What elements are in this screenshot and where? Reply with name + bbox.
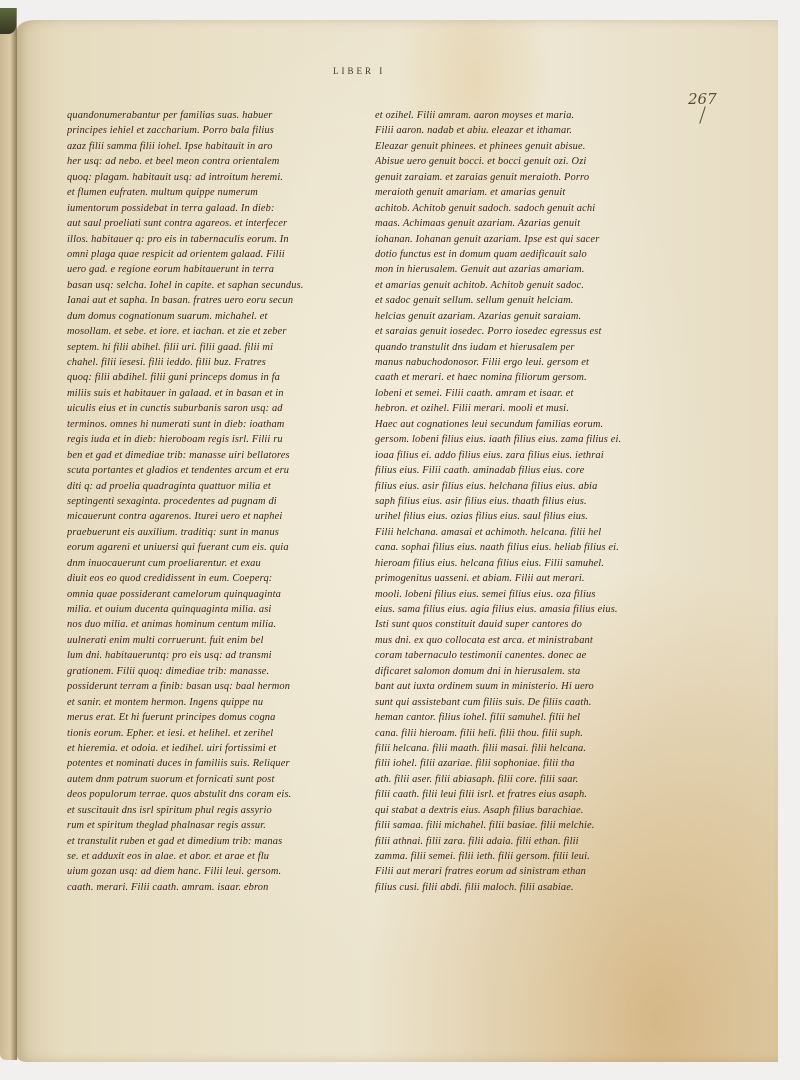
text-line: uiculis eius et in cunctis suburbanis sa… bbox=[67, 401, 367, 416]
text-line: et ozihel. Filii amram. aaron moyses et … bbox=[375, 108, 685, 123]
text-line: septingenti sexaginta. procedentes ad pu… bbox=[67, 494, 367, 509]
text-line: Filii aut merari fratres eorum ad sinist… bbox=[375, 864, 685, 879]
text-line: maas. Achimaas genuit azariam. Azarias g… bbox=[375, 216, 685, 231]
text-line: manus nabuchodonosor. Filii ergo leui. g… bbox=[375, 355, 685, 370]
text-line: ben et gad et dimediae trib: manasse uir… bbox=[67, 448, 367, 463]
text-line: dificaret salomon domum dni in hierusale… bbox=[375, 664, 685, 679]
text-line: diti q: ad proelia quadraginta quattuor … bbox=[67, 479, 367, 494]
text-line: principes iehiel et zaccharium. Porro ba… bbox=[67, 123, 367, 138]
text-line: filii caath. filii leui filii isrl. et f… bbox=[375, 787, 685, 802]
text-line: heman cantor. filius iohel. filii samuhe… bbox=[375, 710, 685, 725]
text-line: se. et adduxit eos in alae. et abor. et … bbox=[67, 849, 367, 864]
text-line: nos duo milia. et animas hominum centum … bbox=[67, 617, 367, 632]
text-line: urihel filius eius. ozias filius eius. s… bbox=[375, 509, 685, 524]
text-line: micauerunt contra agarenos. Iturei uero … bbox=[67, 509, 367, 524]
text-line: sunt qui assistebant cum filiis suis. De… bbox=[375, 695, 685, 710]
text-line: helcias genuit azariam. Azarias genuit s… bbox=[375, 309, 685, 324]
text-line: aut saul proeliati sunt contra agareos. … bbox=[67, 216, 367, 231]
text-line: azaz filii samma filii iohel. Ipse habit… bbox=[67, 139, 367, 154]
text-line: quando transtulit dns iudam et hierusale… bbox=[375, 340, 685, 355]
text-line: filii athnai. filii zara. filii adaia. f… bbox=[375, 834, 685, 849]
text-line: filii iohel. filii azariae. filii sophon… bbox=[375, 756, 685, 771]
binding-thread bbox=[0, 8, 16, 34]
text-line: dum domus cognationum suarum. michahel. … bbox=[67, 309, 367, 324]
text-line: filii samaa. filii michahel. filii basia… bbox=[375, 818, 685, 833]
text-line: eorum agareni et uniuersi qui fuerant cu… bbox=[67, 540, 367, 555]
text-line: et sadoc genuit sellum. sellum genuit he… bbox=[375, 293, 685, 308]
text-line: diuit eos eo quod credidissent in eum. C… bbox=[67, 571, 367, 586]
previous-page-edge bbox=[0, 8, 17, 1060]
text-line: et suscitauit dns isrl spiritum phul reg… bbox=[67, 803, 367, 818]
text-line: mosollam. et sebe. et iore. et iachan. e… bbox=[67, 324, 367, 339]
text-line: grationem. Filii quoq: dimediae trib: ma… bbox=[67, 664, 367, 679]
text-line: uero gad. e regione eorum habitauerunt i… bbox=[67, 262, 367, 277]
text-line: mus dni. ex quo collocata est arca. et m… bbox=[375, 633, 685, 648]
text-line: ioaa filius ei. addo filius eius. zara f… bbox=[375, 448, 685, 463]
text-line: filius cusi. filii abdi. filii maloch. f… bbox=[375, 880, 685, 895]
text-line: terminos. omnes hi numerati sunt in dieb… bbox=[67, 417, 367, 432]
text-line: Ianai aut et sapha. In basan. fratres ue… bbox=[67, 293, 367, 308]
text-line: Eleazar genuit phinees. et phinees genui… bbox=[375, 139, 685, 154]
text-line: filii helcana. filii maath. filii masai.… bbox=[375, 741, 685, 756]
text-line: uium gozan usq: ad diem hanc. Filii leui… bbox=[67, 864, 367, 879]
text-line: basan usq: selcha. Iohel in capite. et s… bbox=[67, 278, 367, 293]
left-text-column: quandonumerabantur per familias suas. ha… bbox=[67, 108, 367, 895]
text-line: dotio functus est in domum quam aedifica… bbox=[375, 247, 685, 262]
text-line: mon in hierusalem. Genuit aut azarias am… bbox=[375, 262, 685, 277]
text-line: lobeni et semei. Filii caath. amram et i… bbox=[375, 386, 685, 401]
text-line: illos. habitauer q: pro eis in tabernacu… bbox=[67, 232, 367, 247]
text-line: quoq: plagam. habitauit usq: ad introitu… bbox=[67, 170, 367, 185]
text-line: coram tabernaculo testimonii canentes. d… bbox=[375, 648, 685, 663]
text-line: Filii helchana. amasai et achimoth. helc… bbox=[375, 525, 685, 540]
text-line: dnm inuocauerunt cum proeliarentur. et e… bbox=[67, 556, 367, 571]
text-line: meraioth genuit amariam. et amarias genu… bbox=[375, 185, 685, 200]
text-line: potentes et nominati duces in familiis s… bbox=[67, 756, 367, 771]
text-line: gersom. lobeni filius eius. iaath filius… bbox=[375, 432, 685, 447]
text-line: uulnerati enim multi corruerunt. fuit en… bbox=[67, 633, 367, 648]
text-line: scuta portantes et gladios et tendentes … bbox=[67, 463, 367, 478]
text-line: Abisue uero genuit bocci. et bocci genui… bbox=[375, 154, 685, 169]
text-line: hebron. et ozihel. Filii merari. mooli e… bbox=[375, 401, 685, 416]
text-line: miliis suis et habitauer in galaad. et i… bbox=[67, 386, 367, 401]
text-line: omni plaga quae respicit ad orientem gal… bbox=[67, 247, 367, 262]
text-line: quoq: filii abdihel. filii guni princeps… bbox=[67, 370, 367, 385]
right-text-column: et ozihel. Filii amram. aaron moyses et … bbox=[375, 108, 685, 895]
text-line: caath et merari. et haec nomina filiorum… bbox=[375, 370, 685, 385]
text-line: Filii aaron. nadab et abiu. eleazar et i… bbox=[375, 123, 685, 138]
text-line: possiderunt terram a finib: basan usq: b… bbox=[67, 679, 367, 694]
text-line: cana. filii hieroam. filii heli. filii t… bbox=[375, 726, 685, 741]
text-line: caath. merari. Filii caath. amram. isaar… bbox=[67, 880, 367, 895]
text-line: lum dni. habitaueruntq: pro eis usq: ad … bbox=[67, 648, 367, 663]
text-line: merus erat. Et hi fuerunt principes domu… bbox=[67, 710, 367, 725]
text-line: deos populorum terrae. quos abstulit dns… bbox=[67, 787, 367, 802]
text-line: eius. sama filius eius. agia filius eius… bbox=[375, 602, 685, 617]
text-line: et hieremia. et odoia. et iedihel. uiri … bbox=[67, 741, 367, 756]
text-line: qui stabat a dextris eius. Asaph filius … bbox=[375, 803, 685, 818]
text-line: filius eius. asir filius eius. helchana … bbox=[375, 479, 685, 494]
text-line: chahel. filii iesesi. filii ieddo. filii… bbox=[67, 355, 367, 370]
text-line: septem. hi filii abihel. filii uri. fili… bbox=[67, 340, 367, 355]
text-line: saph filius eius. asir filius eius. thaa… bbox=[375, 494, 685, 509]
text-line: her usq: ad nebo. et beel meon contra or… bbox=[67, 154, 367, 169]
folio-number: 267 bbox=[688, 90, 717, 108]
text-line: milia. et ouium ducenta quinquaginta mil… bbox=[67, 602, 367, 617]
text-line: mooli. lobeni filius eius. semei filius … bbox=[375, 587, 685, 602]
text-line: et flumen eufraten. multum quippe numeru… bbox=[67, 185, 367, 200]
text-line: genuit zaraiam. et zaraias genuit meraio… bbox=[375, 170, 685, 185]
text-line: bant aut iuxta ordinem suum in ministeri… bbox=[375, 679, 685, 694]
text-line: et saraias genuit iosedec. Porro iosedec… bbox=[375, 324, 685, 339]
text-line: Isti sunt quos constituit dauid super ca… bbox=[375, 617, 685, 632]
text-line: Haec aut cognationes leui secundum famil… bbox=[375, 417, 685, 432]
text-line: quandonumerabantur per familias suas. ha… bbox=[67, 108, 367, 123]
text-line: iohanan. Iohanan genuit azariam. Ipse es… bbox=[375, 232, 685, 247]
text-line: et amarias genuit achitob. Achitob genui… bbox=[375, 278, 685, 293]
text-line: primogenitus uasseni. et abiam. Filii au… bbox=[375, 571, 685, 586]
text-line: et sanir. et montem hermon. Ingens quipp… bbox=[67, 695, 367, 710]
text-line: cana. sophai filius eius. naath filius e… bbox=[375, 540, 685, 555]
text-line: ath. filii aser. filii abiasaph. filii c… bbox=[375, 772, 685, 787]
text-line: rum et spiritum theglad phalnasar regis … bbox=[67, 818, 367, 833]
text-line: omnia quae possiderant camelorum quinqua… bbox=[67, 587, 367, 602]
text-line: filius eius. Filii caath. aminadab filiu… bbox=[375, 463, 685, 478]
text-line: zamma. filii semei. filii ieth. filii ge… bbox=[375, 849, 685, 864]
text-line: regis iuda et in dieb: hieroboam regis i… bbox=[67, 432, 367, 447]
text-line: tionis eorum. Epher. et iesi. et helihel… bbox=[67, 726, 367, 741]
running-head: LIBER I bbox=[333, 66, 385, 76]
text-line: praebuerunt eis auxilium. traditiq: sunt… bbox=[67, 525, 367, 540]
text-line: et transtulit ruben et gad et dimedium t… bbox=[67, 834, 367, 849]
text-line: iumentorum possidebat in terra galaad. I… bbox=[67, 201, 367, 216]
text-line: autem dnm patrum suorum et fornicati sun… bbox=[67, 772, 367, 787]
text-line: hieroam filius eius. helcana filius eius… bbox=[375, 556, 685, 571]
text-line: achitob. Achitob genuit sadoch. sadoch g… bbox=[375, 201, 685, 216]
